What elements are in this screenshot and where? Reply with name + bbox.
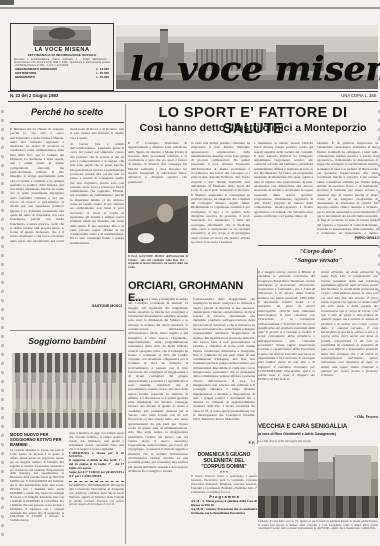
sport-col3: e mantenere la salute; inoltre l'attivit…	[254, 141, 313, 242]
newspaper-front-page: LA VOCE MISENA SETTIMANALE DI INFORMAZIO…	[0, 0, 380, 546]
perche-paragraph: di lasciar fare e quindi dell'«abdicazio…	[70, 142, 124, 245]
divider	[8, 91, 378, 92]
photo-fragment	[258, 496, 378, 518]
sport-subheadline: Così hanno detto illustri clinici a Mont…	[128, 122, 378, 134]
panorama-photo: la voce misena	[116, 25, 378, 89]
orciari-col2: l'ostruzionismo della maggioranza che re…	[193, 297, 255, 439]
subscription-row: BENEMERITO L. 50.000	[11, 76, 113, 80]
corpo-signature: + Odo, Vescovo	[321, 415, 378, 419]
photo-fragment	[335, 455, 371, 500]
soggiorno-headline: Soggiorno bambini	[10, 336, 124, 346]
sport-col1: Il 3° Convegno Nazionale di aggiornament…	[128, 141, 187, 194]
divider	[8, 101, 378, 102]
perche-headline: Perché ho scelto	[10, 107, 124, 117]
orciari-signature: F. F.	[193, 441, 255, 445]
corpo-col2: stesso all'uomo, un dono attraverso il q…	[321, 270, 378, 414]
divider	[10, 330, 124, 331]
issue-number: N. 22 del 2 Giugno 1983	[10, 93, 58, 98]
scan-artifact-corner	[0, 0, 14, 5]
scan-artifact-top	[0, 7, 380, 9]
mosci-photo-caption: Il Prof. GASTONE MOSCI dell'Università d…	[128, 255, 188, 277]
old-town-caption: L'interno di volta della «rocca» (?). Qu…	[258, 520, 378, 544]
perche-signature: GASTONE MOSCI	[58, 304, 122, 308]
subscription-value: L. 50.000	[96, 76, 109, 80]
corpus-domini-notice: DOMENICA 5 GIUGNO SOLENNITA' DEL "CORPUS…	[191, 452, 257, 546]
scan-artifact-left-edge	[1, 110, 4, 540]
photo-fragment	[304, 449, 318, 480]
soggiorno-turni-extra: Segue poi il 3° TURNO per gli ADULTI e i…	[69, 471, 124, 479]
masthead-box: LA VOCE MISENA SETTIMANALE DI INFORMAZIO…	[10, 23, 114, 91]
soggiorno-info-box: ISCRIZIONI e INFORMAZIONI: Rivolgersi al…	[69, 481, 124, 507]
corpo-headline-2: "Sangue versato"	[258, 257, 378, 264]
subscription-label: BENEMERITO	[15, 76, 35, 80]
photo-fragment	[12, 383, 122, 409]
program-item: ore 18,30 : Solenne Processione che si c…	[191, 508, 257, 516]
newspaper-script-title: la voce misena	[130, 49, 380, 88]
subscription-rates: ABBONAMENTO ORDINARIO L. 13.000 SOSTENIT…	[11, 68, 113, 80]
notice-body: Il nostro Vescovo invita a partecipare a…	[191, 475, 257, 495]
divider	[258, 245, 378, 246]
rocca-logo-image	[33, 26, 91, 46]
perche-body: Il Direttore mi ha chiesto di spiegare p…	[10, 127, 124, 303]
soggiorno-col1: MODO NUOVO PER SOGGIORNO ESTIVO PER BAMB…	[10, 432, 64, 544]
orciari-col1: Tesa e nervosa è stata a Senigallia la s…	[128, 297, 188, 542]
column-rule	[125, 104, 126, 544]
mosci-portrait-photo	[128, 196, 188, 253]
soggiorno-text: resta il direttivo di oggi, con l'ampio …	[69, 432, 124, 452]
sport-col2: la vasta sala dell'ex palazzo comunale, …	[191, 141, 250, 278]
colonia-group-photo	[12, 353, 122, 428]
vecchia-headline: VECCHIA E CARA SENIGALLIA	[258, 424, 378, 430]
copy-price: UNA COPIA L. 350	[341, 93, 376, 98]
soggiorno-text: La Colonia Montana S. Cuore con sede in …	[10, 449, 64, 523]
soggiorno-col2: resta il direttivo di oggi, con l'ampio …	[69, 432, 124, 544]
soggiorno-subhead: MODO NUOVO PER SOGGIORNO ESTIVO PER BAMB…	[10, 432, 64, 447]
old-town-photo	[258, 446, 378, 518]
vecchia-byline: (a cura di Rino Girolimetti e Adrio Casa…	[258, 432, 378, 436]
vecchia-note: La città di ieri nelle immagini del temp…	[258, 439, 378, 443]
corpo-headline-1: "Corpo dato"	[258, 248, 378, 255]
corpo-col1: Il 2 maggio scorso, mentre a Milano si c…	[258, 270, 315, 414]
divider	[10, 122, 124, 123]
sport-col4: idoneità. È di primaria importanza la va…	[317, 141, 378, 234]
sport-signature: PIERO GRILLI	[317, 236, 378, 240]
